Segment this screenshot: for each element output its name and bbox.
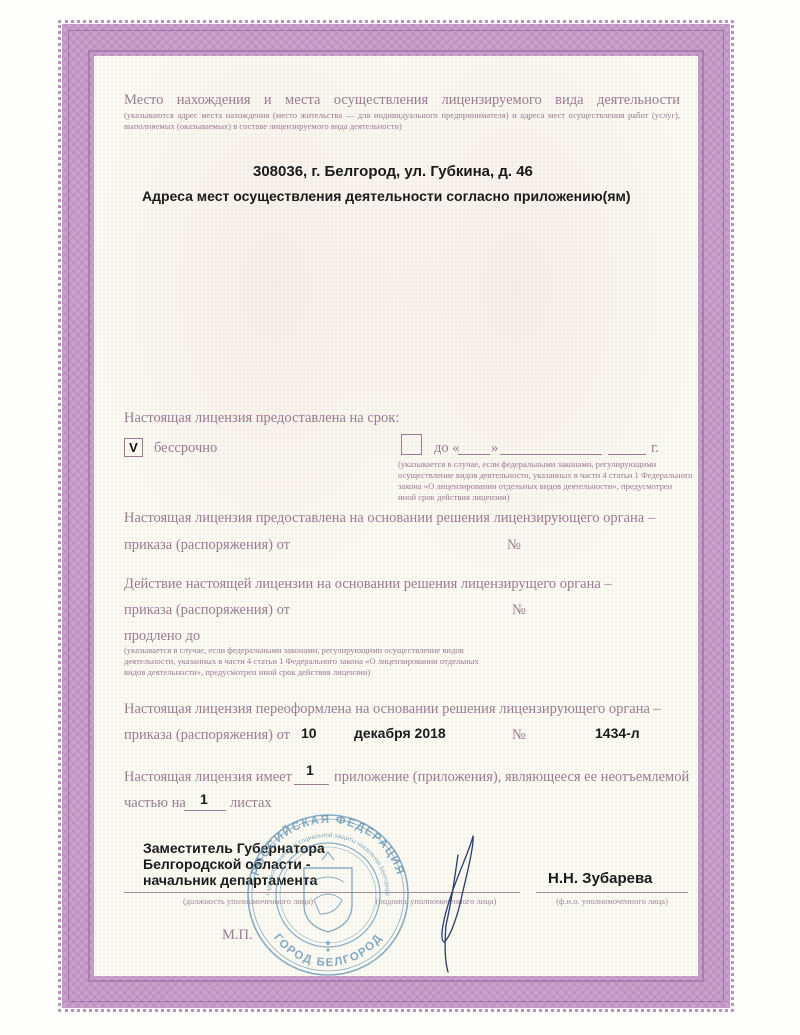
term-until-hint-3: закона «О лицензировании отдельных видов…: [398, 481, 672, 492]
official-position-line1: Заместитель Губернатора: [143, 840, 325, 856]
extended-until-label: продлено до: [124, 628, 200, 645]
extended-hint-1: (указывается в случае, если федеральными…: [124, 645, 464, 656]
appendix-count: 1: [306, 762, 314, 778]
license-address: 308036, г. Белгород, ул. Губкина, д. 46: [253, 163, 533, 180]
term-heading: Настоящая лицензия предоставлена на срок…: [124, 410, 399, 427]
term-until-month-field[interactable]: [500, 454, 602, 455]
term-unlimited-label: бессрочно: [154, 440, 217, 457]
appendix-count-field: [294, 784, 329, 785]
term-until-checkbox[interactable]: [401, 434, 422, 455]
name-signature-line: [536, 892, 688, 893]
location-hint-line1: (указываются адрес места нахождения (мес…: [124, 110, 680, 121]
extended-hint-3: видов деятельности», предусмотрен иной с…: [124, 667, 370, 678]
reissued-number-label: №: [512, 727, 526, 744]
extended-hint-2: деятельности, указанных в части 4 статьи…: [124, 656, 479, 667]
appendix-text-before: Настоящая лицензия имеет: [124, 769, 292, 786]
extended-order-label: приказа (распоряжения) от: [124, 602, 290, 619]
reissued-heading: Настоящая лицензия переоформлена на осно…: [124, 701, 661, 718]
term-until-hint-2: осуществление видов деятельности, указан…: [398, 470, 693, 481]
reissued-order-month-year: декабря 2018: [354, 725, 446, 741]
term-until-hint-1: (указывается в случае, если федеральными…: [398, 459, 656, 470]
activity-addresses-note: Адреса мест осуществления деятельности с…: [142, 188, 631, 204]
extended-number-label: №: [512, 602, 526, 619]
term-until-day-field[interactable]: [458, 454, 490, 455]
reissued-order-label: приказа (распоряжения) от: [124, 727, 290, 744]
granted-order-label: приказа (распоряжения) от: [124, 537, 290, 554]
term-until-year-field[interactable]: [608, 454, 646, 455]
sheets-suffix: листах: [230, 795, 272, 812]
term-until-suffix: г.: [651, 440, 659, 457]
granted-number-label: №: [507, 537, 521, 554]
extended-heading: Действие настоящей лицензии на основании…: [124, 576, 612, 593]
location-heading: Место нахождения и места осуществления л…: [124, 92, 680, 109]
term-unlimited-checkbox[interactable]: V: [124, 438, 143, 457]
official-name: Н.Н. Зубарева: [548, 870, 652, 887]
reissued-order-day: 10: [301, 725, 317, 741]
sheets-count-field: [184, 810, 226, 811]
signature-caption: (подпись уполномоченного лица): [356, 896, 516, 906]
appendix-text-after: приложение (приложения), являющееся ее н…: [334, 769, 689, 786]
sheets-prefix: частью на: [124, 795, 186, 812]
granted-heading: Настоящая лицензия предоставлена на осно…: [124, 510, 655, 527]
term-until-hint-4: иной срок действия лицензии): [398, 492, 509, 503]
term-until-mid: »: [491, 440, 498, 457]
signature-line: [372, 892, 520, 893]
position-signature-line: [124, 892, 372, 893]
sheets-count: 1: [200, 791, 208, 807]
checkmark-v-icon: V: [125, 439, 142, 456]
location-hint-line2: выполняемых (оказываемых) в составе лице…: [124, 121, 402, 132]
position-caption: (должность уполномоченного лица): [124, 896, 372, 906]
name-caption: (ф.и.о. уполномоченного лица): [536, 896, 688, 906]
official-position-line2: Белгородской области -: [143, 856, 311, 872]
official-position-line3: начальник департамента: [143, 872, 317, 888]
seal-place-label: М.П.: [222, 927, 253, 944]
term-until-prefix: до «: [434, 440, 460, 457]
reissued-order-number: 1434-л: [595, 725, 640, 741]
